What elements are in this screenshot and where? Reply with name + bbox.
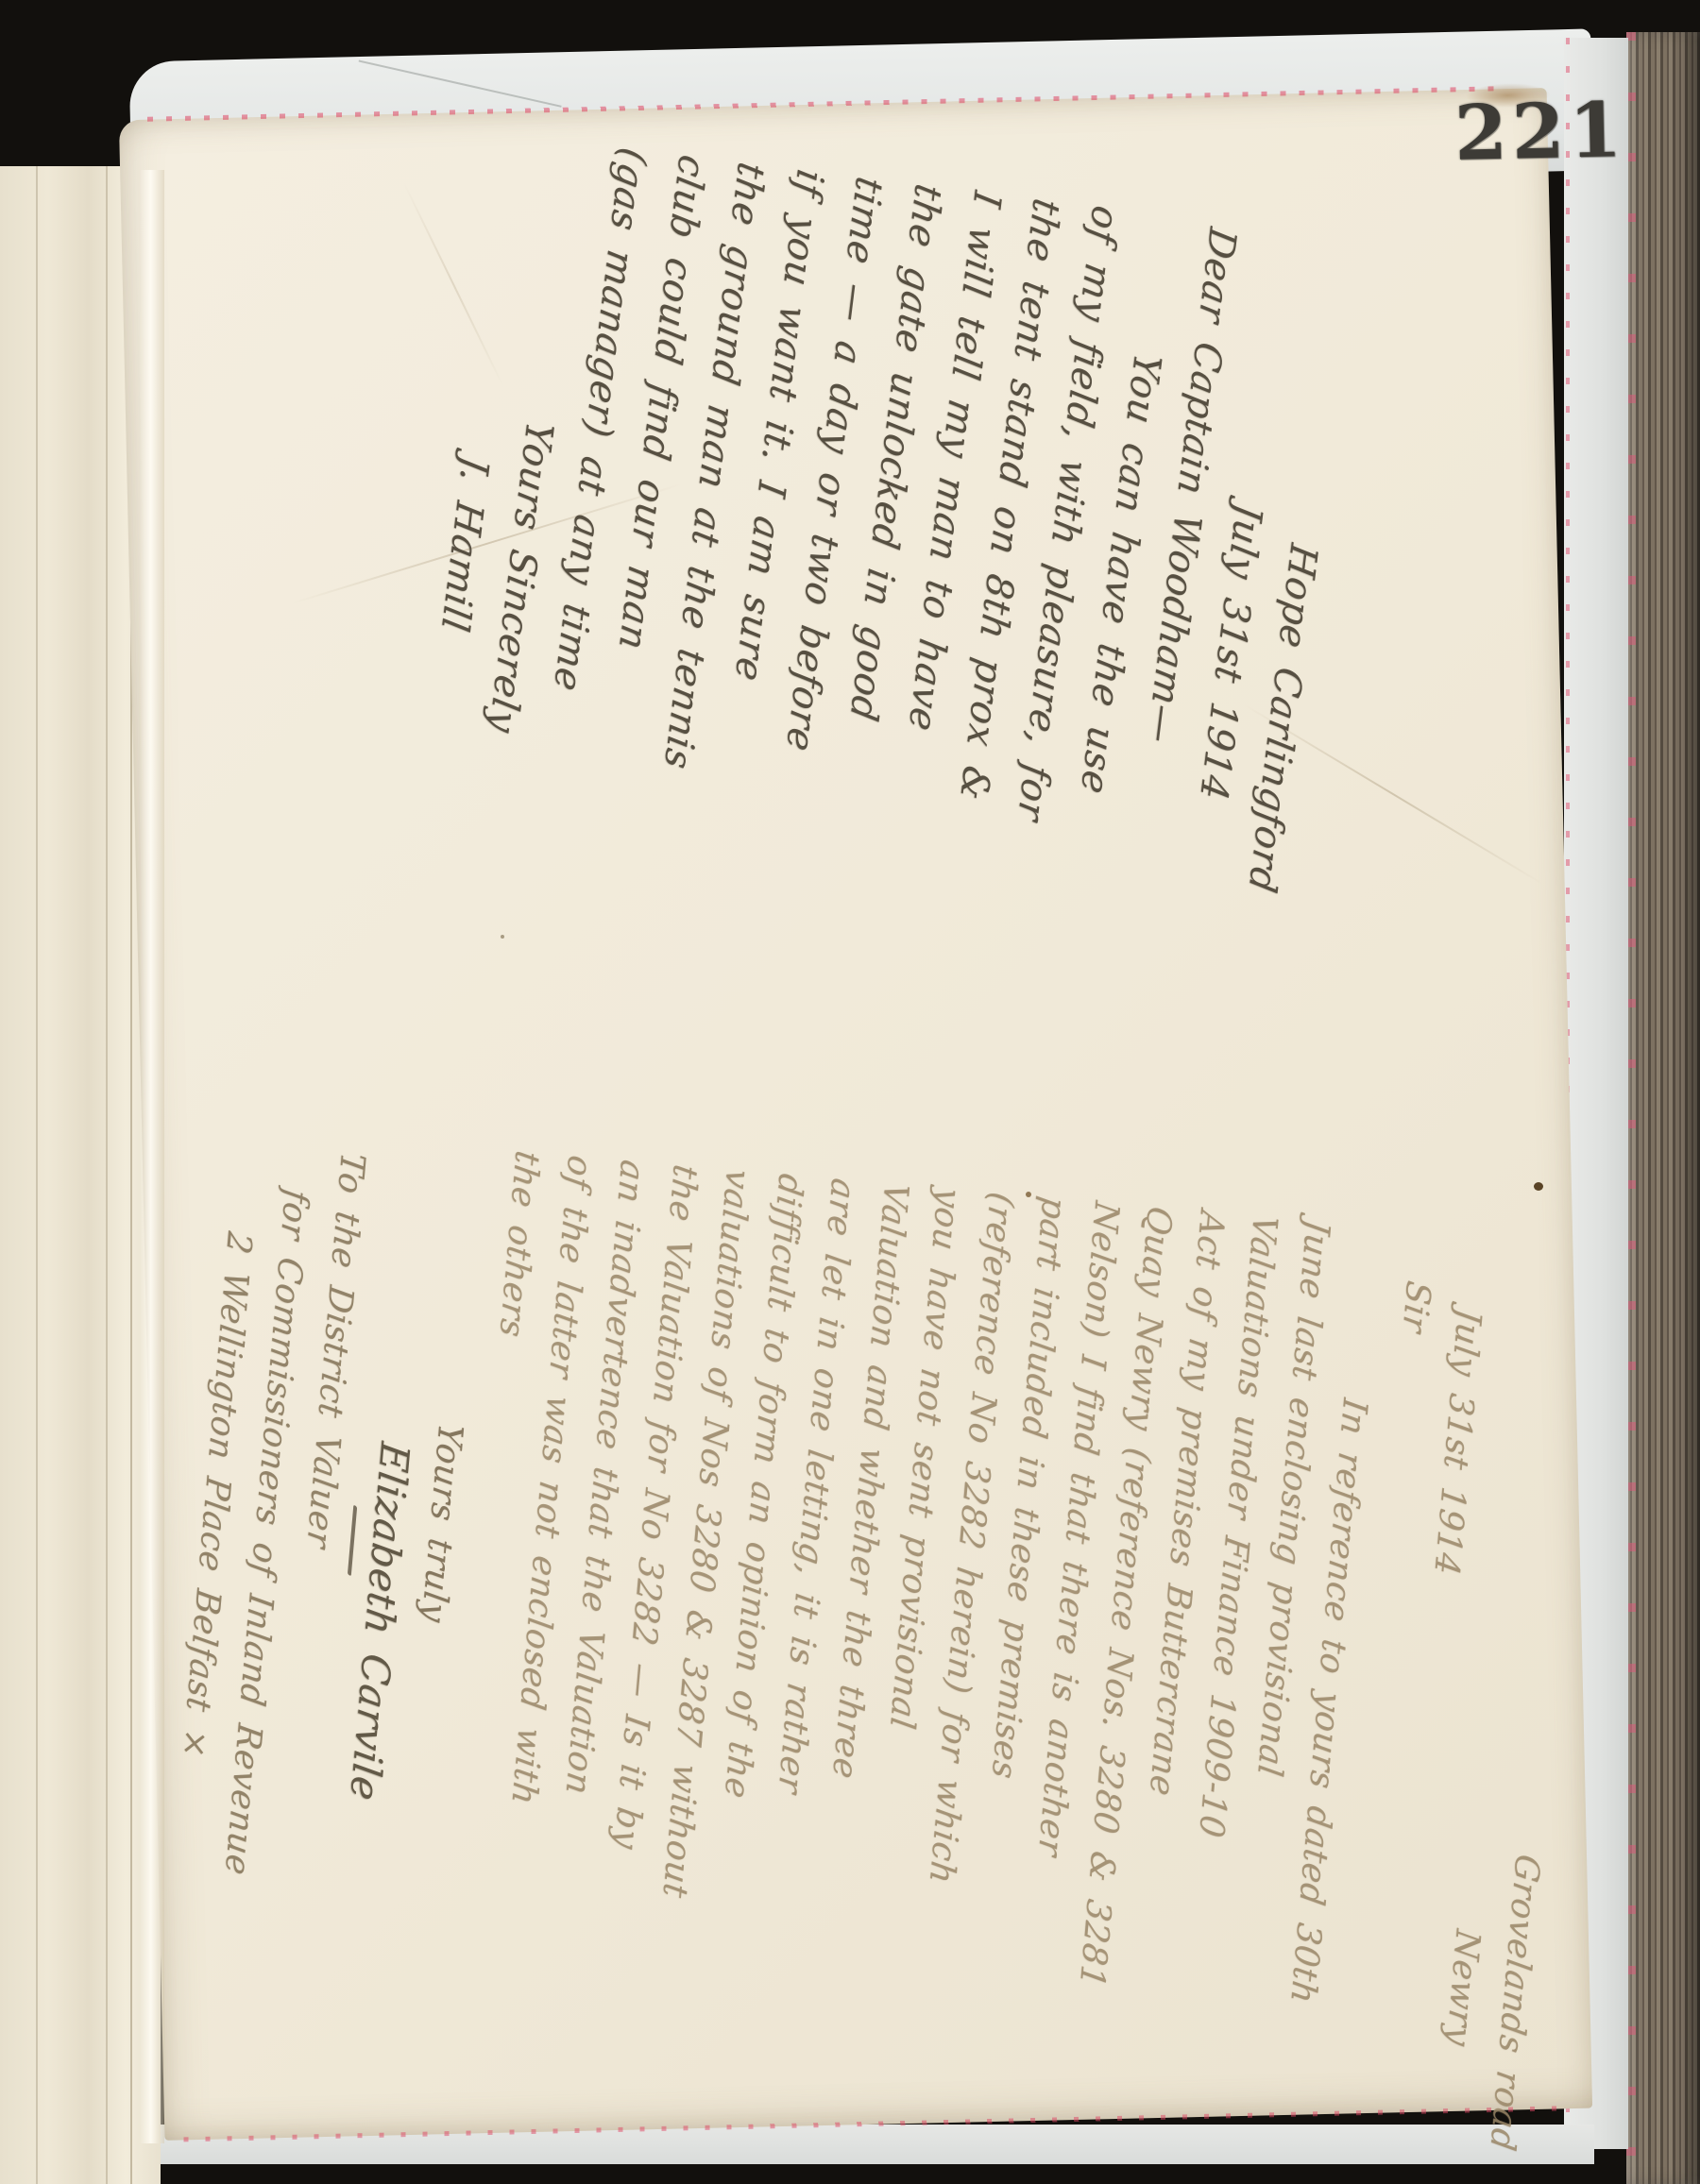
signature-flourish <box>348 1504 357 1576</box>
letter-bottom: Grovelands road Newry July 31st 1914 Sir… <box>141 1125 1607 2177</box>
letter-top: Hope Carlingford July 31st 1914 Dear Cap… <box>395 130 1370 970</box>
paper-speck <box>1534 1182 1543 1191</box>
tissue-fold-crease <box>359 59 562 107</box>
letter-bottom-body: In reference to yours dated 30thJune las… <box>419 1149 1397 2159</box>
letter-top-body: You can have the useof my field, with pl… <box>514 144 1194 948</box>
fore-edge-crease <box>36 166 38 2184</box>
fore-edge-crease <box>106 166 108 2184</box>
photo-backdrop: 221 Hope Carlingford July 31st 1914 Dear… <box>0 0 1700 2184</box>
book-page-edges-right <box>1626 32 1700 2184</box>
paper-speck <box>501 935 504 939</box>
page-number-stamp: 221 <box>1453 85 1627 178</box>
